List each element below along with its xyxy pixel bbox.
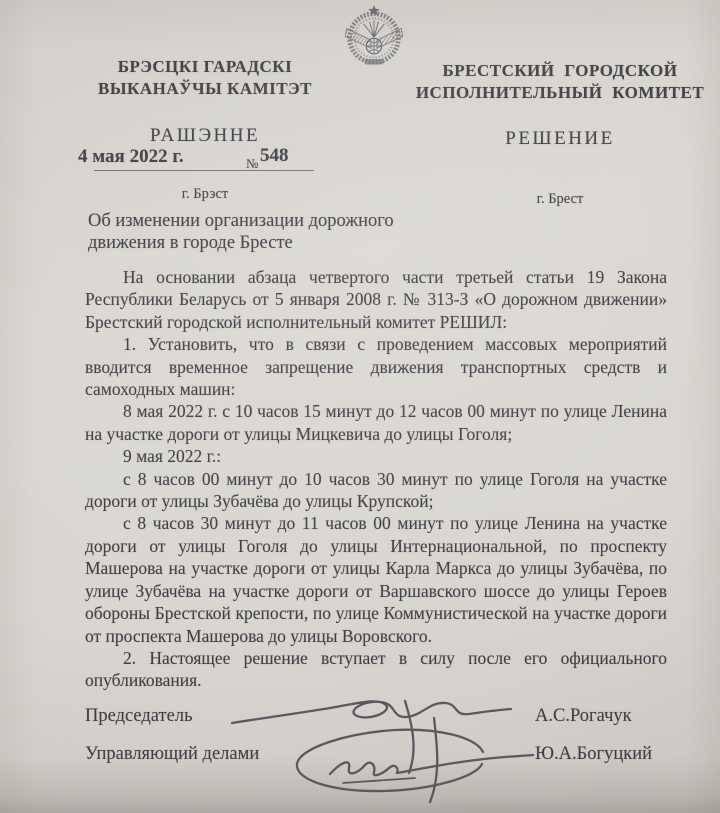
signature-block: Председатель А.С.Рогачук Управляющий дел… (85, 704, 667, 768)
document-page: БРЭСЦКІ ГАРАДСКІ ВЫКАНАЎЧЫ КАМІТЭТ БРЕСТ… (0, 0, 720, 813)
org-name-russian: БРЕСТСКИЙ ГОРОДСКОЙ ИСПОЛНИТЕЛЬНЫЙ КОМИТ… (415, 60, 705, 103)
signer-name: А.С.Рогачук (535, 706, 632, 727)
doc-number: 548 (260, 145, 289, 167)
signer-position: Председатель (85, 706, 193, 727)
doc-type-belarusian: РАШЭННЕ (70, 125, 340, 147)
body-paragraph: с 8 часов 00 минут до 10 часов 30 минут … (85, 468, 667, 513)
body-paragraph: 1. Установить, что в связи с проведением… (85, 333, 667, 400)
date-underline (94, 170, 246, 171)
body-paragraph: 9 мая 2022 г.: (85, 445, 667, 467)
body-paragraph: с 8 часов 30 минут до 11 часов 00 минут … (85, 512, 667, 646)
signer-name: Ю.А.Богуцкий (535, 744, 652, 765)
city-belarusian: г. Брэст (70, 186, 340, 203)
signer-position: Управляющий делами (85, 744, 259, 765)
doc-date: 4 мая 2022 г. (78, 146, 184, 168)
city-russian: г. Брест (415, 191, 705, 208)
doc-type-russian: РЕШЕНИЕ (415, 128, 705, 150)
number-underline (246, 170, 314, 171)
body-paragraph: На основании абзаца четвертого части тре… (85, 266, 667, 333)
doc-title: Об изменении организации дорожного движе… (88, 210, 438, 254)
body-paragraph: 8 мая 2022 г. с 10 часов 15 минут до 12 … (85, 400, 667, 445)
body-paragraph: 2. Настоящее решение вступает в силу пос… (85, 647, 667, 692)
signature-row: Председатель А.С.Рогачук (85, 704, 667, 730)
signature-row: Управляющий делами Ю.А.Богуцкий (85, 742, 667, 768)
belarus-state-emblem-icon (337, 4, 411, 66)
document-body: Об изменении организации дорожного движе… (85, 210, 667, 768)
org-name-belarusian: БРЭСЦКІ ГАРАДСКІ ВЫКАНАЎЧЫ КАМІТЭТ (70, 56, 340, 99)
